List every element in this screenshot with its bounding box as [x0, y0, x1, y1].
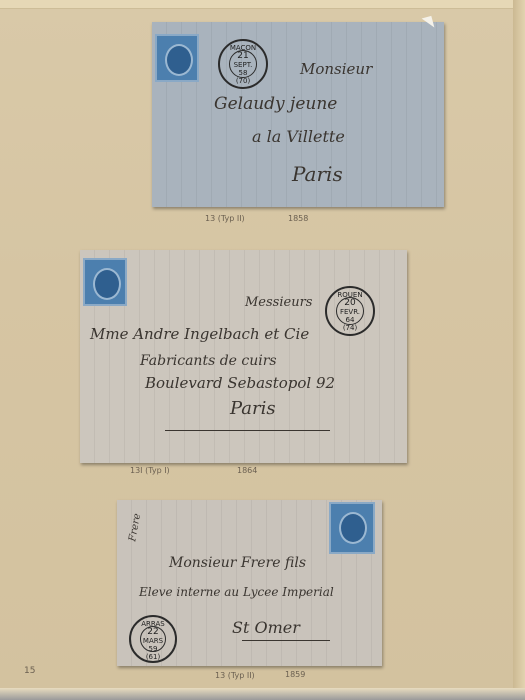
address-line: Paris [292, 162, 343, 186]
address-line: a la Villette [252, 127, 345, 146]
address-line: Messieurs [245, 295, 312, 310]
cover-rouen: ROUEN 20 FEVR. 64 (74) Messieurs Mme And… [80, 250, 407, 463]
album-top-edge [0, 0, 525, 9]
cover-caption-year: 1864 [237, 466, 257, 475]
address-line: Eleve interne au Lycee Imperial [139, 585, 334, 599]
stamp-napoleon-blue [155, 34, 199, 82]
address-line: Gelaudy jeune [214, 94, 337, 114]
album-bottom-edge [0, 688, 525, 700]
address-underline [242, 640, 330, 641]
cover-caption-catalog: 13 (Typ II) [205, 214, 245, 223]
address-line: Fabricants de cuirs [140, 353, 277, 369]
address-line: Mme Andre Ingelbach et Cie [90, 325, 309, 343]
stamp-napoleon-blue [329, 502, 375, 554]
cover-macon: MACON 21 SEPT. 58 (70) Monsieur Gelaudy … [152, 22, 444, 207]
stamp-napoleon-blue [83, 258, 127, 306]
address-line: Monsieur [300, 60, 372, 78]
postmark-rouen: ROUEN 20 FEVR. 64 (74) [325, 286, 375, 336]
cover-caption-catalog: 13I (Typ I) [130, 466, 170, 475]
cover-caption-catalog: 13 (Typ II) [215, 671, 255, 680]
address-line: Monsieur Frere fils [169, 555, 306, 571]
address-line: Paris [230, 398, 276, 419]
page-number: 15 [24, 666, 35, 676]
postmark-macon: MACON 21 SEPT. 58 (70) [218, 39, 268, 89]
cover-arras: Frere ARRAS 22 MARS 59 (61) Monsieur Fre… [117, 500, 382, 666]
cover-caption-year: 1858 [288, 214, 308, 223]
address-line: St Omer [232, 618, 300, 637]
address-line: Boulevard Sebastopol 92 [145, 374, 335, 392]
postmark-arras: ARRAS 22 MARS 59 (61) [129, 615, 177, 663]
address-underline [165, 430, 330, 431]
cover-caption-year: 1859 [285, 670, 305, 679]
album-right-edge [513, 0, 525, 700]
mount-corner [422, 16, 435, 30]
